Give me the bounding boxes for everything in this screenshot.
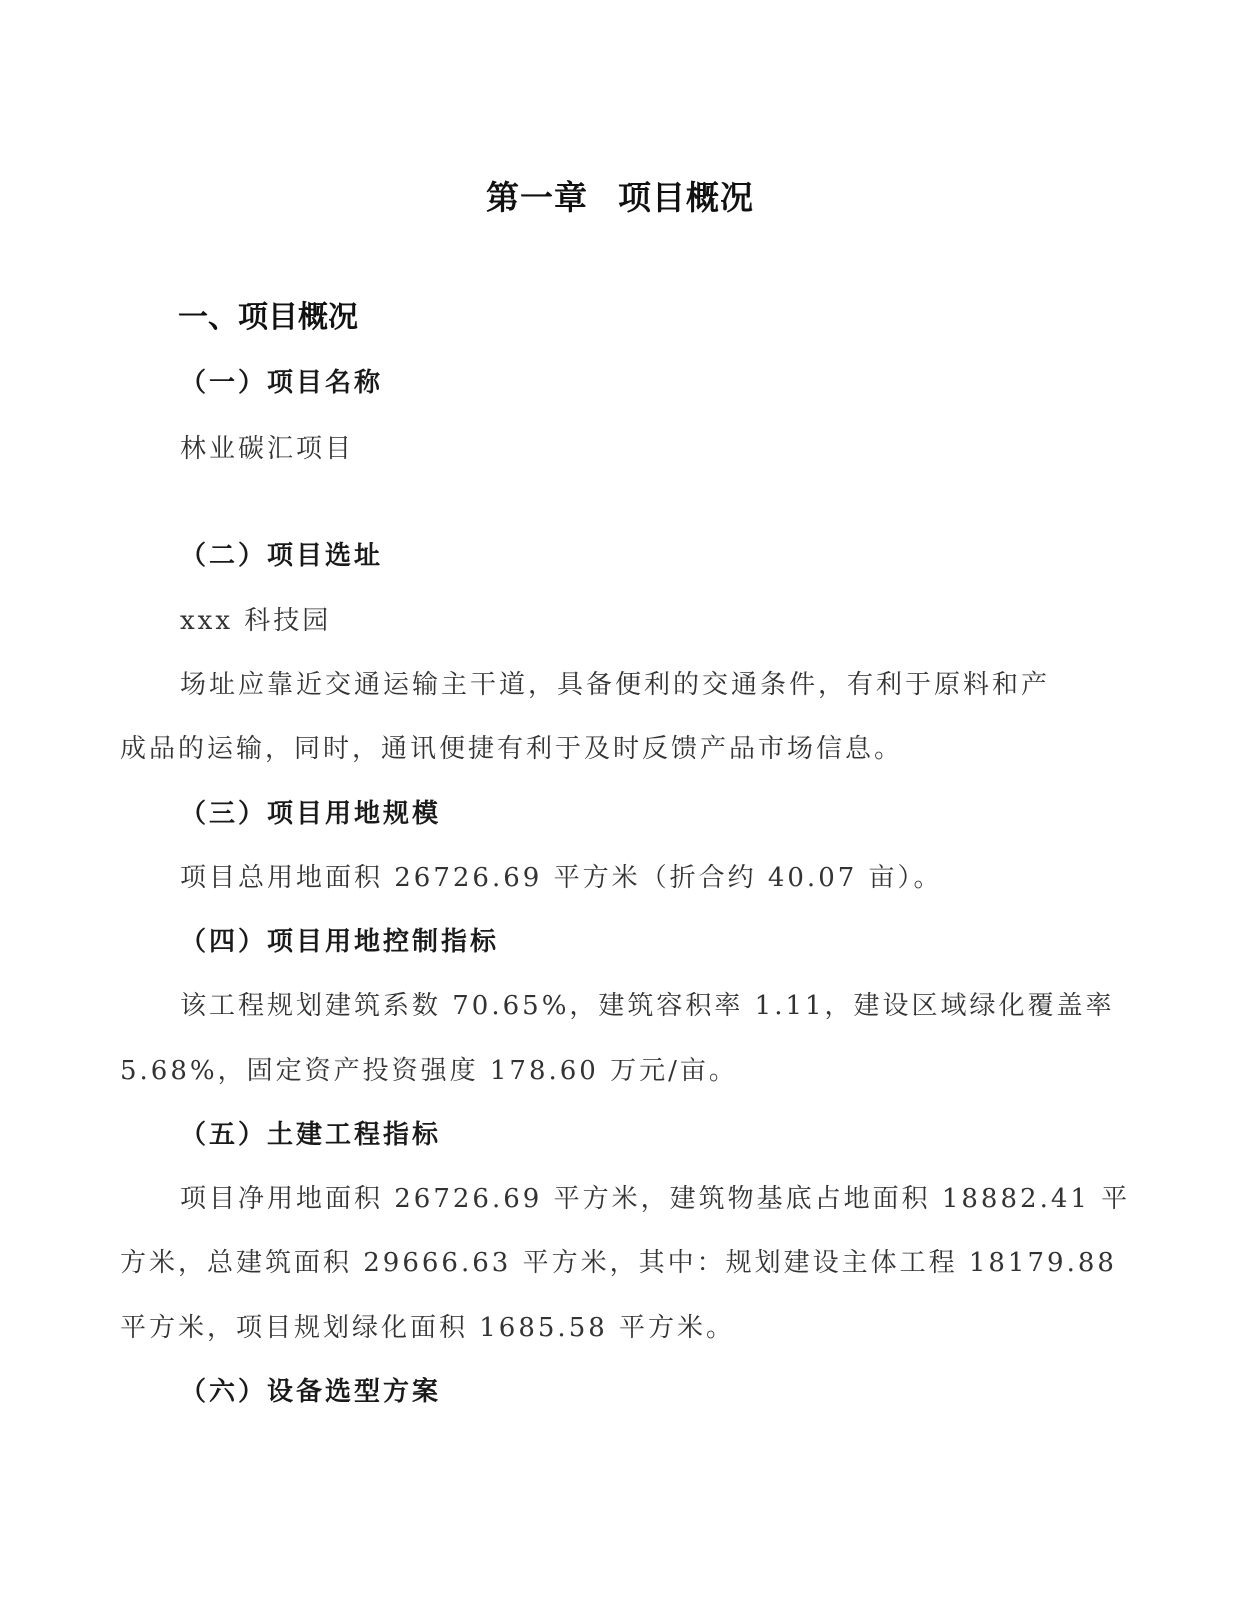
project-name-text: 林业碳汇项目	[180, 428, 354, 465]
civil-line-1: 项目净用地面积 26726.69 平方米，建筑物基底占地面积 18882.41 …	[180, 1178, 1130, 1215]
chapter-title: 第一章项目概况	[0, 172, 1240, 219]
land-control-line-1: 该工程规划建筑系数 70.65%，建筑容积率 1.11，建设区域绿化覆盖率	[180, 985, 1115, 1022]
subsection-heading-equipment: （六）设备选型方案	[180, 1371, 441, 1408]
land-control-line-2: 5.68%，固定资产投资强度 178.60 万元/亩。	[120, 1050, 738, 1087]
site-location-text: xxx 科技园	[180, 600, 331, 637]
site-paragraph-line-1: 场址应靠近交通运输主干道，具备便利的交通条件，有利于原料和产	[180, 664, 1050, 701]
site-paragraph-line-2: 成品的运输，同时，通讯便捷有利于及时反馈产品市场信息。	[120, 728, 903, 765]
subsection-heading-land-scale: （三）项目用地规模	[180, 793, 441, 830]
chapter-label: 第一章	[486, 178, 588, 217]
land-scale-text: 项目总用地面积 26726.69 平方米（折合约 40.07 亩）。	[180, 857, 943, 894]
chapter-name: 项目概况	[618, 178, 754, 217]
section-heading: 一、项目概况	[178, 292, 358, 336]
subsection-heading-land-control: （四）项目用地控制指标	[180, 921, 499, 958]
civil-line-2: 方米，总建筑面积 29666.63 平方米，其中：规划建设主体工程 18179.…	[120, 1242, 1117, 1279]
subsection-heading-civil: （五）土建工程指标	[180, 1114, 441, 1151]
subsection-heading-site: （二）项目选址	[180, 535, 383, 572]
subsection-heading-name: （一）项目名称	[180, 362, 383, 399]
civil-line-3: 平方米，项目规划绿化面积 1685.58 平方米。	[120, 1307, 735, 1344]
